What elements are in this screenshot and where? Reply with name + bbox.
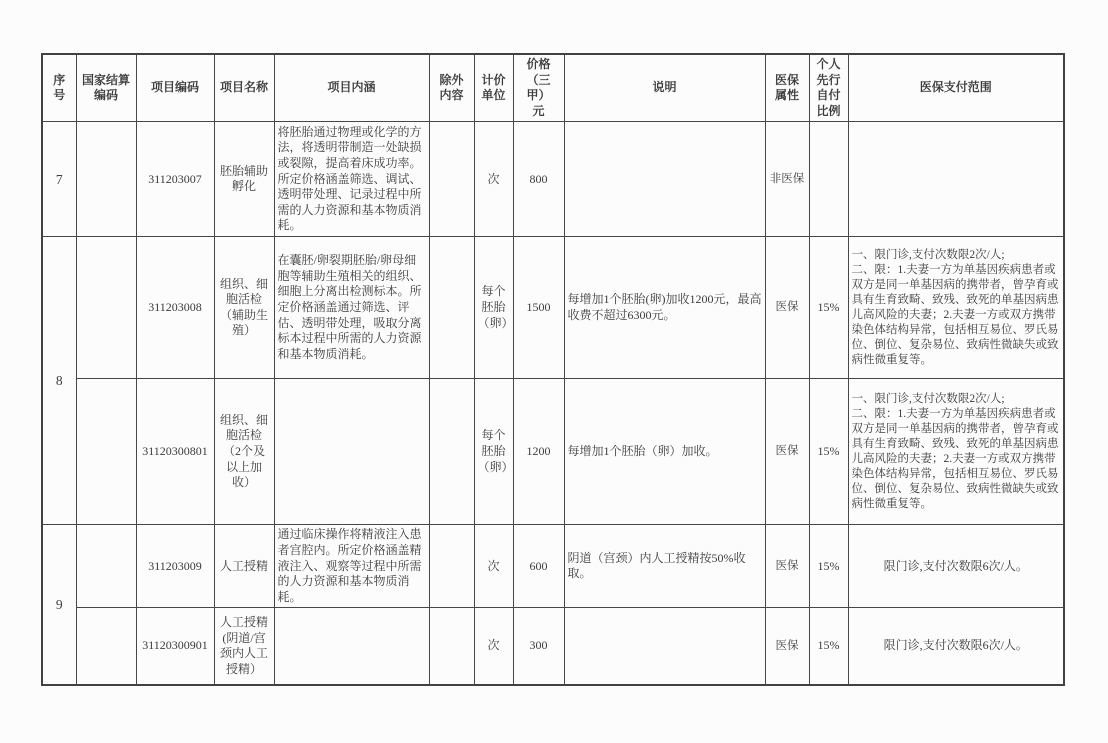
cell-note: 每增加1个胚胎（卵）加收。 bbox=[564, 379, 765, 525]
cell-item-content bbox=[274, 379, 429, 525]
table-row-9b: 31120300901 人工授精(阴道/宫颈内人工授精） 次 300 医保 15… bbox=[42, 608, 1064, 685]
cell-price: 600 bbox=[513, 525, 564, 608]
cell-self-pay-ratio: 15% bbox=[809, 237, 848, 379]
cell-excluded bbox=[429, 525, 474, 608]
cell-price: 1200 bbox=[513, 379, 564, 525]
header-self-pay-ratio: 个人 先行 自付 比例 bbox=[809, 54, 848, 122]
cell-item-name: 人工授精 bbox=[214, 525, 274, 608]
header-seq: 序 号 bbox=[42, 54, 76, 122]
cell-price: 800 bbox=[513, 122, 564, 237]
header-excluded: 除外 内容 bbox=[429, 54, 474, 122]
cell-note bbox=[564, 608, 765, 685]
cell-item-content bbox=[274, 608, 429, 685]
cell-self-pay-ratio bbox=[809, 122, 848, 237]
cell-unit: 次 bbox=[474, 525, 513, 608]
cell-self-pay-ratio: 15% bbox=[809, 608, 848, 685]
cell-item-name: 胚胎辅助孵化 bbox=[214, 122, 274, 237]
cell-item-name: 人工授精(阴道/宫颈内人工授精） bbox=[214, 608, 274, 685]
cell-insurance-attr: 医保 bbox=[765, 237, 809, 379]
cell-unit: 每个胚胎（卵） bbox=[474, 379, 513, 525]
header-unit: 计价 单位 bbox=[474, 54, 513, 122]
cell-seq: 9 bbox=[42, 525, 76, 685]
cell-payment-scope: 一、限门诊,支付次数限2次/人; 二、限：1.夫妻一方为单基因疾病患者或双方是同… bbox=[848, 237, 1064, 379]
cell-note: 阴道（宫颈）内人工授精按50%收取。 bbox=[564, 525, 765, 608]
cell-payment-scope bbox=[848, 122, 1064, 237]
cell-national-code bbox=[76, 379, 136, 525]
cell-seq: 8 bbox=[42, 237, 76, 525]
cell-payment-scope: 限门诊,支付次数限6次/人。 bbox=[848, 525, 1064, 608]
cell-item-code: 311203009 bbox=[136, 525, 214, 608]
cell-price: 1500 bbox=[513, 237, 564, 379]
header-insurance-attr: 医保 属性 bbox=[765, 54, 809, 122]
cell-excluded bbox=[429, 237, 474, 379]
cell-item-code: 311203007 bbox=[136, 122, 214, 237]
header-payment-scope: 医保支付范围 bbox=[848, 54, 1064, 122]
medical-price-table: 序 号 国家结算 编码 项目编码 项目名称 项目内涵 除外 内容 计价 单位 价… bbox=[41, 53, 1065, 686]
cell-payment-scope: 一、限门诊,支付次数限2次/人; 二、限：1.夫妻一方为单基因疾病患者或双方是同… bbox=[848, 379, 1064, 525]
cell-item-code: 31120300801 bbox=[136, 379, 214, 525]
cell-note bbox=[564, 122, 765, 237]
cell-national-code bbox=[76, 525, 136, 608]
header-item-name: 项目名称 bbox=[214, 54, 274, 122]
header-item-content: 项目内涵 bbox=[274, 54, 429, 122]
cell-item-code: 311203008 bbox=[136, 237, 214, 379]
cell-national-code bbox=[76, 608, 136, 685]
cell-item-content: 通过临床操作将精液注入患者宫腔内。所定价格涵盖精液注入、观察等过程中所需的人力资… bbox=[274, 525, 429, 608]
header-national-code: 国家结算 编码 bbox=[76, 54, 136, 122]
cell-item-content: 将胚胎通过物理或化学的方法，将透明带制造一处缺损或裂隙，提高着床成功率。所定价格… bbox=[274, 122, 429, 237]
header-price: 价格 （三甲） 元 bbox=[513, 54, 564, 122]
cell-seq: 7 bbox=[42, 122, 76, 237]
cell-self-pay-ratio: 15% bbox=[809, 379, 848, 525]
table-row-9a: 9 311203009 人工授精 通过临床操作将精液注入患者宫腔内。所定价格涵盖… bbox=[42, 525, 1064, 608]
cell-national-code bbox=[76, 237, 136, 379]
cell-payment-scope: 限门诊,支付次数限6次/人。 bbox=[848, 608, 1064, 685]
cell-unit: 次 bbox=[474, 608, 513, 685]
cell-item-name: 组织、细胞活检（辅助生殖） bbox=[214, 237, 274, 379]
cell-insurance-attr: 医保 bbox=[765, 525, 809, 608]
cell-insurance-attr: 医保 bbox=[765, 379, 809, 525]
header-row: 序 号 国家结算 编码 项目编码 项目名称 项目内涵 除外 内容 计价 单位 价… bbox=[42, 54, 1064, 122]
cell-price: 300 bbox=[513, 608, 564, 685]
cell-excluded bbox=[429, 379, 474, 525]
cell-note: 每增加1个胚胎(卵)加收1200元，最高收费不超过6300元。 bbox=[564, 237, 765, 379]
cell-item-name: 组织、细胞活检（2个及以上加收） bbox=[214, 379, 274, 525]
cell-self-pay-ratio: 15% bbox=[809, 525, 848, 608]
cell-insurance-attr: 医保 bbox=[765, 608, 809, 685]
cell-item-content: 在囊胚/卵裂期胚胎/卵母细胞等辅助生殖相关的组织、细胞上分离出检测标本。所定价格… bbox=[274, 237, 429, 379]
table-row-8a: 8 311203008 组织、细胞活检（辅助生殖） 在囊胚/卵裂期胚胎/卵母细胞… bbox=[42, 237, 1064, 379]
header-item-code: 项目编码 bbox=[136, 54, 214, 122]
cell-unit: 次 bbox=[474, 122, 513, 237]
header-note: 说明 bbox=[564, 54, 765, 122]
cell-national-code bbox=[76, 122, 136, 237]
cell-excluded bbox=[429, 122, 474, 237]
cell-item-code: 31120300901 bbox=[136, 608, 214, 685]
table-row-7: 7 311203007 胚胎辅助孵化 将胚胎通过物理或化学的方法，将透明带制造一… bbox=[42, 122, 1064, 237]
document-page: 序 号 国家结算 编码 项目编码 项目名称 项目内涵 除外 内容 计价 单位 价… bbox=[0, 0, 1108, 743]
cell-excluded bbox=[429, 608, 474, 685]
table-row-8b: 31120300801 组织、细胞活检（2个及以上加收） 每个胚胎（卵） 120… bbox=[42, 379, 1064, 525]
cell-unit: 每个胚胎（卵） bbox=[474, 237, 513, 379]
cell-insurance-attr: 非医保 bbox=[765, 122, 809, 237]
